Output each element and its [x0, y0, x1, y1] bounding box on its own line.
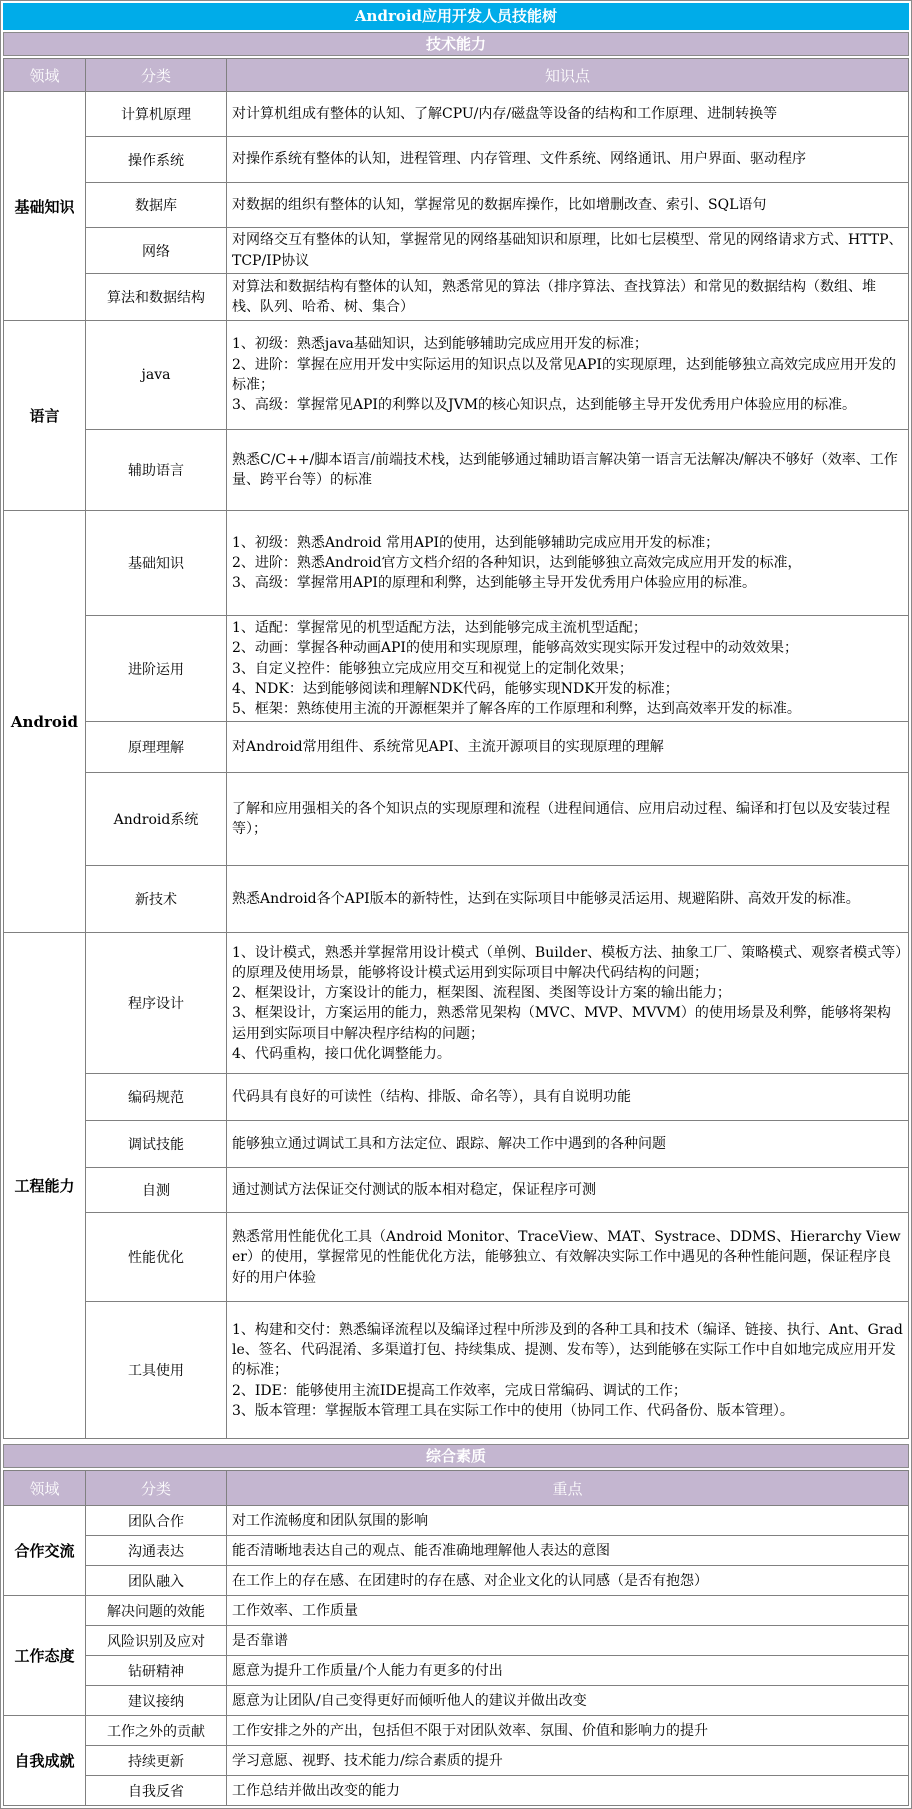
category-cell: 风险识别及应对	[86, 1626, 227, 1656]
content-cell: 了解和应用强相关的各个知识点的实现原理和流程（进程间通信、应用启动过程、编译和打…	[227, 773, 909, 866]
content-cell: 学习意愿、视野、技术能力/综合素质的提升	[227, 1746, 909, 1776]
category-cell: 持续更新	[86, 1746, 227, 1776]
table-row: Android系统 了解和应用强相关的各个知识点的实现原理和流程（进程间通信、应…	[4, 773, 909, 866]
column-header-row: 领域 分类 重点	[4, 1471, 909, 1506]
section-bar-tech: 技术能力	[3, 32, 909, 56]
content-cell: 通过测试方法保证交付测试的版本相对稳定，保证程序可测	[227, 1168, 909, 1213]
table-row: 持续更新 学习意愿、视野、技术能力/综合素质的提升	[4, 1746, 909, 1776]
domain-cell: 基础知识	[4, 92, 86, 321]
content-cell: 对计算机组成有整体的认知、了解CPU/内存/磁盘等设备的结构和工作原理、进制转换…	[227, 92, 909, 137]
category-cell: 网络	[86, 228, 227, 274]
table-row: 钻研精神 愿意为提升工作质量/个人能力有更多的付出	[4, 1656, 909, 1686]
content-cell: 熟悉常用性能优化工具（Android Monitor、TraceView、MAT…	[227, 1213, 909, 1302]
category-cell: 进阶运用	[86, 616, 227, 722]
table-row: 沟通表达 能否清晰地表达自己的观点、能否准确地理解他人表达的意图	[4, 1536, 909, 1566]
content-cell: 在工作上的存在感、在团建时的存在感、对企业文化的认同感（是否有抱怨）	[227, 1566, 909, 1596]
category-cell: 辅助语言	[86, 430, 227, 511]
domain-cell: 自我成就	[4, 1716, 86, 1806]
content-cell: 代码具有良好的可读性（结构、排版、命名等），具有自说明功能	[227, 1074, 909, 1121]
table-row: 性能优化 熟悉常用性能优化工具（Android Monitor、TraceVie…	[4, 1213, 909, 1302]
skill-tree-page: Android应用开发人员技能树 技术能力 领域 分类 知识点 基础知识 计算机…	[0, 0, 912, 1809]
header-points: 知识点	[227, 59, 909, 92]
category-cell: 沟通表达	[86, 1536, 227, 1566]
table-row: 操作系统 对操作系统有整体的认知，进程管理、内存管理、文件系统、网络通讯、用户界…	[4, 137, 909, 183]
domain-cell: 工程能力	[4, 933, 86, 1439]
category-cell: 团队融入	[86, 1566, 227, 1596]
table-row: 工作态度 解决问题的效能 工作效率、工作质量	[4, 1596, 909, 1626]
page-title: Android应用开发人员技能树	[3, 3, 909, 30]
content-cell: 熟悉C/C++/脚本语言/前端技术栈，达到能够通过辅助语言解决第一语言无法解决/…	[227, 430, 909, 511]
table-row: 进阶运用 1、适配：掌握常见的机型适配方法，达到能够完成主流机型适配； 2、动画…	[4, 616, 909, 722]
table-row: 新技术 熟悉Android各个API版本的新特性，达到在实际项目中能够灵活运用、…	[4, 866, 909, 933]
table-row: 工具使用 1、构建和交付：熟悉编译流程以及编译过程中所涉及到的各种工具和技术（编…	[4, 1302, 909, 1439]
category-cell: 程序设计	[86, 933, 227, 1074]
content-cell: 1、构建和交付：熟悉编译流程以及编译过程中所涉及到的各种工具和技术（编译、链接、…	[227, 1302, 909, 1439]
content-cell: 对网络交互有整体的认知，掌握常见的网络基础知识和原理，比如七层模型、常见的网络请…	[227, 228, 909, 274]
category-cell: 工具使用	[86, 1302, 227, 1439]
table-row: 工程能力 程序设计 1、设计模式，熟悉并掌握常用设计模式（单例、Builder、…	[4, 933, 909, 1074]
category-cell: java	[86, 321, 227, 430]
category-cell: 性能优化	[86, 1213, 227, 1302]
content-cell: 对工作流畅度和团队氛围的影响	[227, 1506, 909, 1536]
table-row: 算法和数据结构 对算法和数据结构有整体的认知，熟悉常见的算法（排序算法、查找算法…	[4, 274, 909, 321]
category-cell: 解决问题的效能	[86, 1596, 227, 1626]
content-cell: 1、适配：掌握常见的机型适配方法，达到能够完成主流机型适配； 2、动画：掌握各种…	[227, 616, 909, 722]
category-cell: 团队合作	[86, 1506, 227, 1536]
section-bar-soft: 综合素质	[3, 1444, 909, 1468]
content-cell: 工作效率、工作质量	[227, 1596, 909, 1626]
table-row: 自我成就 工作之外的贡献 工作安排之外的产出，包括但不限于对团队效率、氛围、价值…	[4, 1716, 909, 1746]
section-divider	[3, 1439, 909, 1442]
category-cell: 工作之外的贡献	[86, 1716, 227, 1746]
domain-cell: 语言	[4, 321, 86, 511]
content-cell: 能够独立通过调试工具和方法定位、跟踪、解决工作中遇到的各种问题	[227, 1121, 909, 1168]
domain-cell: 合作交流	[4, 1506, 86, 1596]
table-row: 原理理解 对Android常用组件、系统常见API、主流开源项目的实现原理的理解	[4, 722, 909, 773]
category-cell: 操作系统	[86, 137, 227, 183]
table-row: 编码规范 代码具有良好的可读性（结构、排版、命名等），具有自说明功能	[4, 1074, 909, 1121]
table-row: 辅助语言 熟悉C/C++/脚本语言/前端技术栈，达到能够通过辅助语言解决第一语言…	[4, 430, 909, 511]
soft-skills-table: 领域 分类 重点 合作交流 团队合作 对工作流畅度和团队氛围的影响 沟通表达 能…	[3, 1470, 909, 1806]
category-cell: 数据库	[86, 183, 227, 228]
content-cell: 对操作系统有整体的认知，进程管理、内存管理、文件系统、网络通讯、用户界面、驱动程…	[227, 137, 909, 183]
category-cell: 编码规范	[86, 1074, 227, 1121]
category-cell: 算法和数据结构	[86, 274, 227, 321]
table-row: 数据库 对数据的组织有整体的认知，掌握常见的数据库操作，比如增删改查、索引、SQ…	[4, 183, 909, 228]
table-row: 建议接纳 愿意为让团队/自己变得更好而倾听他人的建议并做出改变	[4, 1686, 909, 1716]
header-domain: 领域	[4, 59, 86, 92]
table-row: 基础知识 计算机原理 对计算机组成有整体的认知、了解CPU/内存/磁盘等设备的结…	[4, 92, 909, 137]
header-points: 重点	[227, 1471, 909, 1506]
table-row: 合作交流 团队合作 对工作流畅度和团队氛围的影响	[4, 1506, 909, 1536]
table-row: 风险识别及应对 是否靠谱	[4, 1626, 909, 1656]
category-cell: 自我反省	[86, 1776, 227, 1806]
content-cell: 对算法和数据结构有整体的认知，熟悉常见的算法（排序算法、查找算法）和常见的数据结…	[227, 274, 909, 321]
table-row: 自测 通过测试方法保证交付测试的版本相对稳定，保证程序可测	[4, 1168, 909, 1213]
category-cell: 新技术	[86, 866, 227, 933]
content-cell: 熟悉Android各个API版本的新特性，达到在实际项目中能够灵活运用、规避陷阱…	[227, 866, 909, 933]
category-cell: 建议接纳	[86, 1686, 227, 1716]
category-cell: 原理理解	[86, 722, 227, 773]
content-cell: 对数据的组织有整体的认知，掌握常见的数据库操作，比如增删改查、索引、SQL语句	[227, 183, 909, 228]
table-row: 团队融入 在工作上的存在感、在团建时的存在感、对企业文化的认同感（是否有抱怨）	[4, 1566, 909, 1596]
header-category: 分类	[86, 59, 227, 92]
table-row: 语言 java 1、初级：熟悉java基础知识，达到能够辅助完成应用开发的标准；…	[4, 321, 909, 430]
content-cell: 愿意为让团队/自己变得更好而倾听他人的建议并做出改变	[227, 1686, 909, 1716]
header-category: 分类	[86, 1471, 227, 1506]
table-row: Android 基础知识 1、初级：熟悉Android 常用API的使用，达到能…	[4, 511, 909, 616]
category-cell: 计算机原理	[86, 92, 227, 137]
table-row: 网络 对网络交互有整体的认知，掌握常见的网络基础知识和原理，比如七层模型、常见的…	[4, 228, 909, 274]
content-cell: 1、初级：熟悉java基础知识，达到能够辅助完成应用开发的标准； 2、进阶：掌握…	[227, 321, 909, 430]
content-cell: 愿意为提升工作质量/个人能力有更多的付出	[227, 1656, 909, 1686]
content-cell: 工作总结并做出改变的能力	[227, 1776, 909, 1806]
category-cell: 自测	[86, 1168, 227, 1213]
content-cell: 对Android常用组件、系统常见API、主流开源项目的实现原理的理解	[227, 722, 909, 773]
content-cell: 1、设计模式，熟悉并掌握常用设计模式（单例、Builder、模板方法、抽象工厂、…	[227, 933, 909, 1074]
domain-cell: Android	[4, 511, 86, 933]
category-cell: Android系统	[86, 773, 227, 866]
category-cell: 基础知识	[86, 511, 227, 616]
tech-skills-table: 领域 分类 知识点 基础知识 计算机原理 对计算机组成有整体的认知、了解CPU/…	[3, 58, 909, 1439]
content-cell: 工作安排之外的产出，包括但不限于对团队效率、氛围、价值和影响力的提升	[227, 1716, 909, 1746]
content-cell: 能否清晰地表达自己的观点、能否准确地理解他人表达的意图	[227, 1536, 909, 1566]
header-domain: 领域	[4, 1471, 86, 1506]
table-row: 自我反省 工作总结并做出改变的能力	[4, 1776, 909, 1806]
domain-cell: 工作态度	[4, 1596, 86, 1716]
content-cell: 1、初级：熟悉Android 常用API的使用，达到能够辅助完成应用开发的标准；…	[227, 511, 909, 616]
column-header-row: 领域 分类 知识点	[4, 59, 909, 92]
category-cell: 钻研精神	[86, 1656, 227, 1686]
category-cell: 调试技能	[86, 1121, 227, 1168]
content-cell: 是否靠谱	[227, 1626, 909, 1656]
table-row: 调试技能 能够独立通过调试工具和方法定位、跟踪、解决工作中遇到的各种问题	[4, 1121, 909, 1168]
